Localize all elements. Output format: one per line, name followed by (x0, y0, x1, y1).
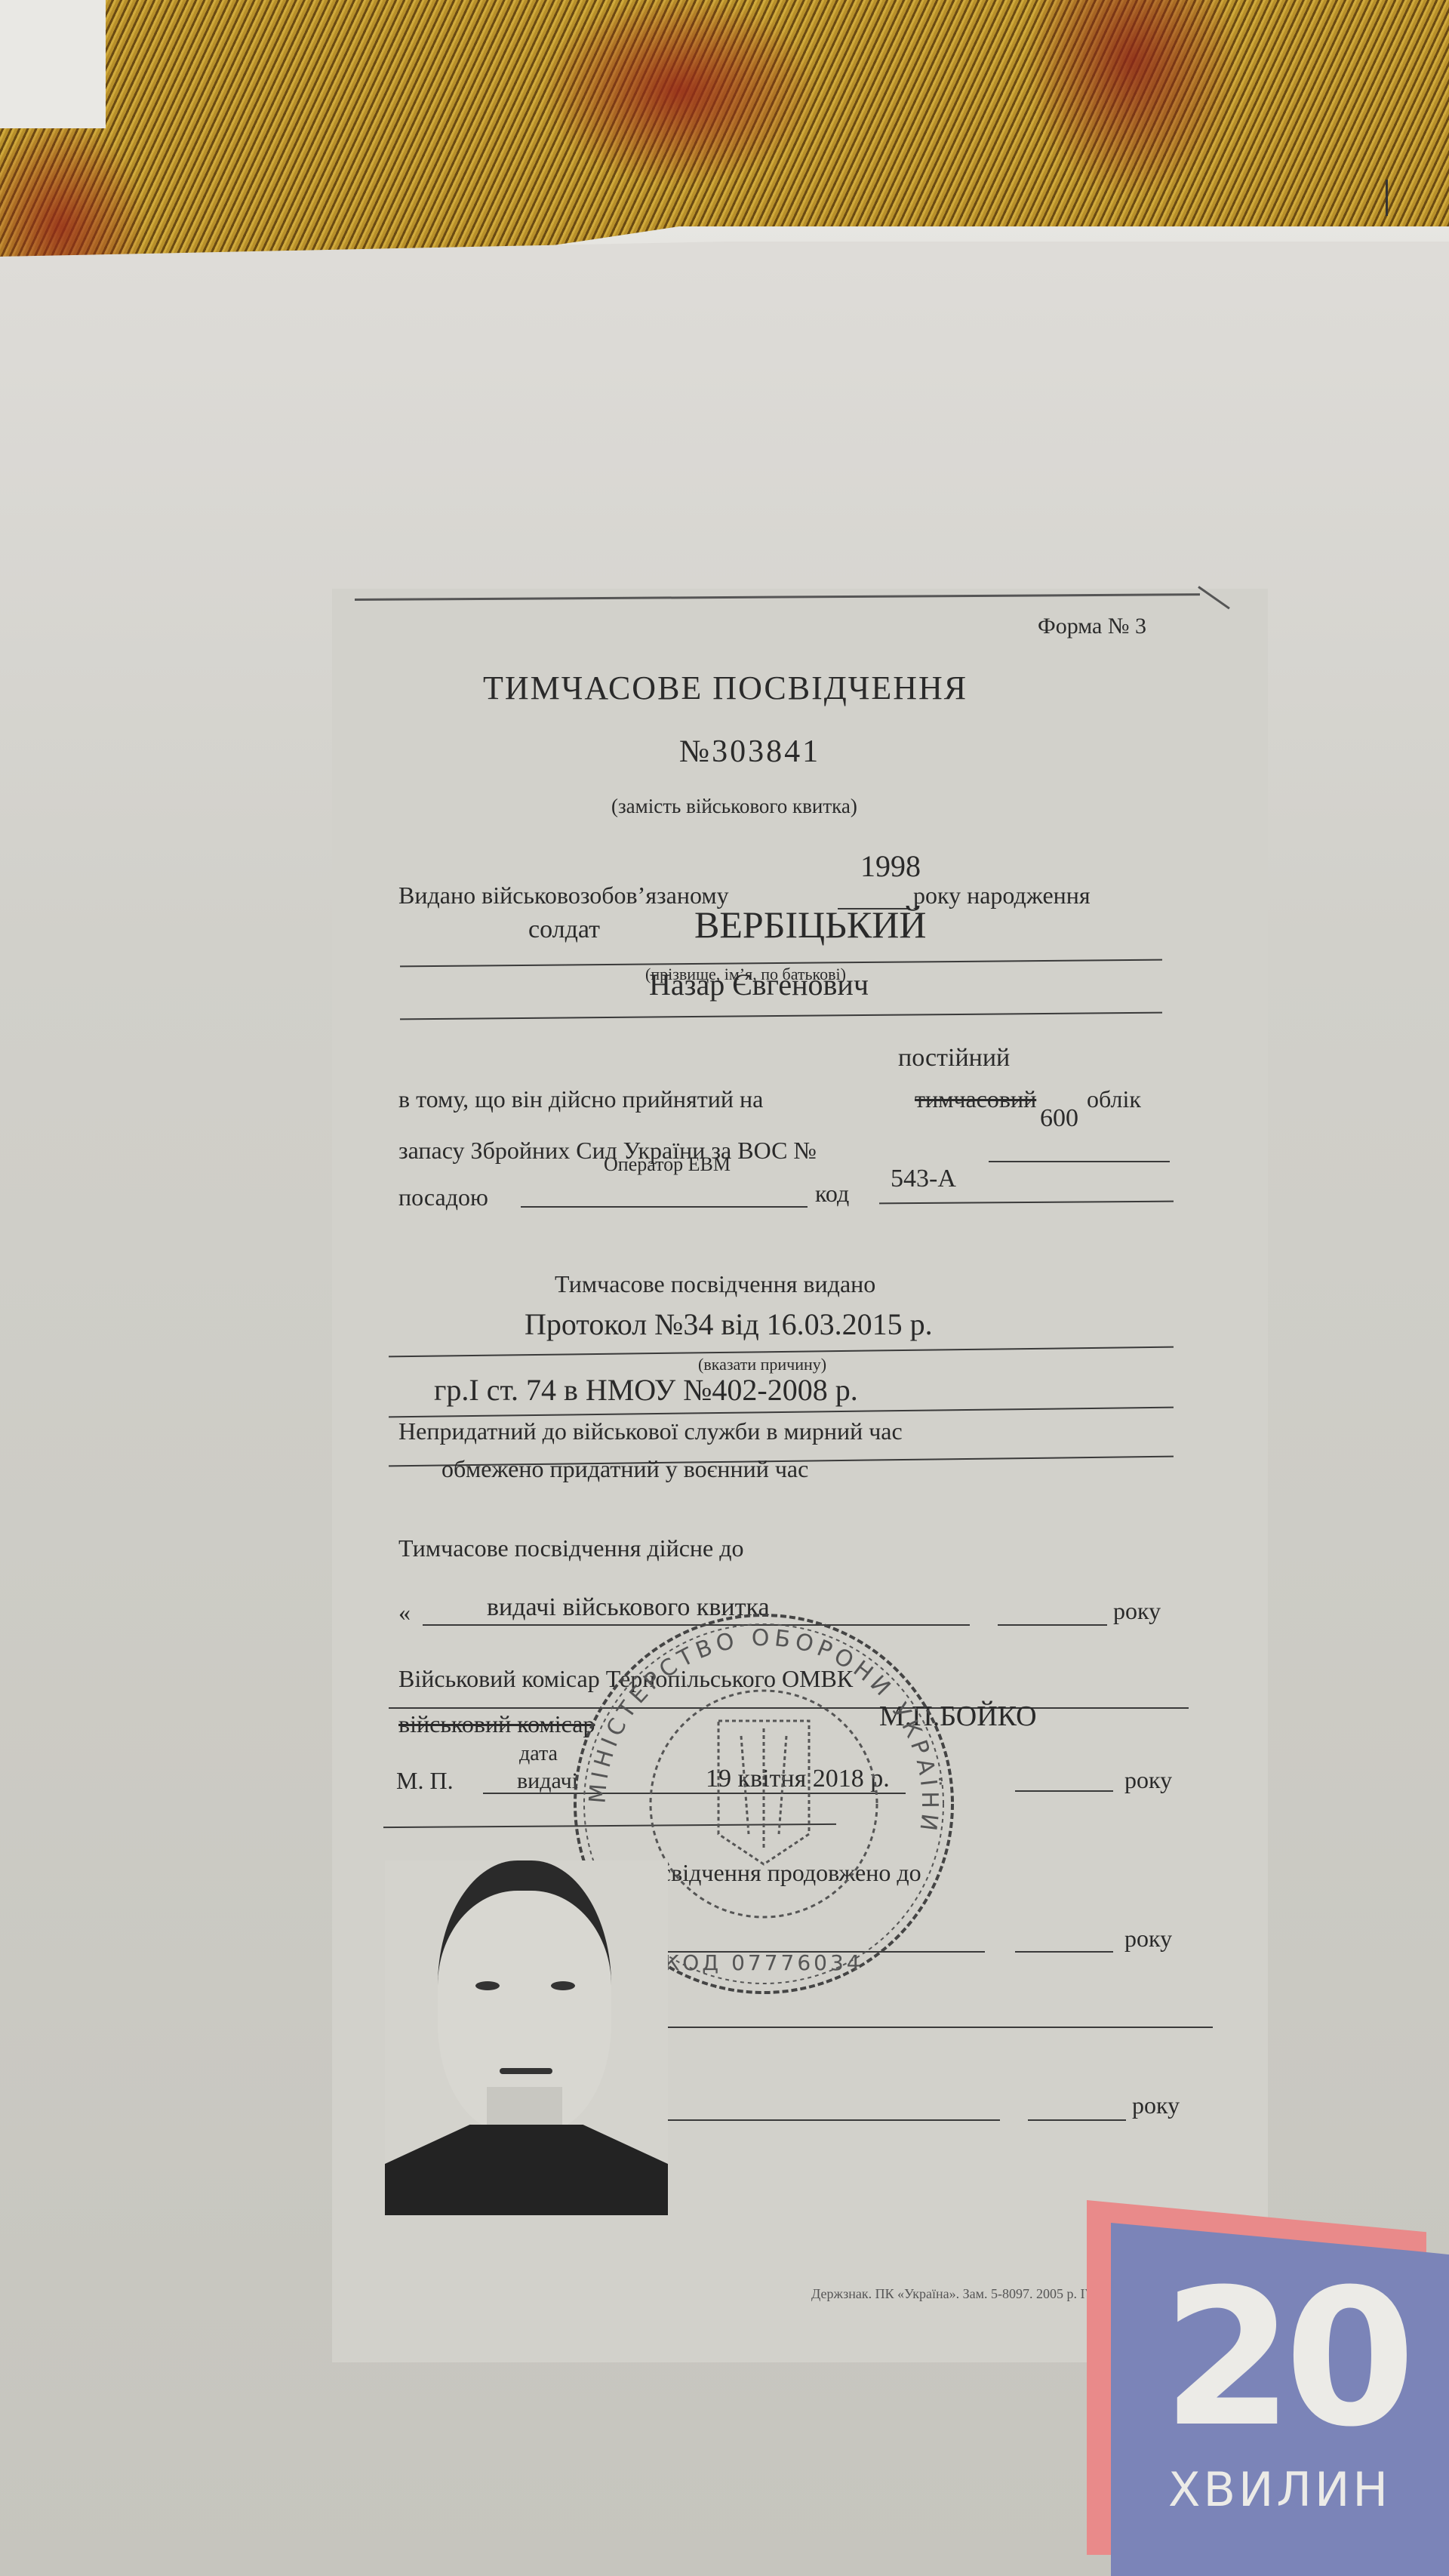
registration-suffix: облік (1087, 1087, 1141, 1111)
birth-year-suffix: року народження (913, 883, 1091, 907)
extend-year-word-2: року (1132, 2093, 1180, 2117)
given-names: Назар Євгенович (649, 970, 869, 1000)
form-number: Форма № 3 (1038, 615, 1146, 638)
document-number: №303841 (679, 736, 820, 768)
article: гр.I ст. 74 в НМОУ №402-2008 р. (434, 1375, 858, 1405)
code-label: код (815, 1181, 849, 1205)
valid-year-word: року (1113, 1599, 1161, 1623)
code: 543-А (891, 1166, 956, 1192)
extend-year-line-1 (1015, 1951, 1113, 1953)
pen-mark (1386, 180, 1388, 216)
valid-year-line (998, 1624, 1107, 1626)
document-title: ТИМЧАСОВЕ ПОСВІДЧЕННЯ (483, 672, 968, 705)
vos-line (989, 1161, 1170, 1162)
registration-type: постійний (898, 1045, 1010, 1071)
valid-until-label: Тимчасове посвідчення дійсне до (398, 1536, 744, 1560)
surname: ВЕРБІЦЬКИЙ (694, 906, 926, 943)
accepted-text: в тому, що він дійсно прийнятий на (398, 1087, 763, 1111)
printer-line: Держзнак. ПК «Україна». Зам. 5-8097. 200… (811, 2287, 1114, 2301)
fitness-peacetime: Непридатний до військової служби в мирни… (398, 1419, 903, 1443)
position-label: посадою (398, 1185, 488, 1209)
position-line (521, 1206, 808, 1208)
fitness-wartime: обмежено придатний у воєнний час (441, 1457, 808, 1481)
holder-photo (385, 1860, 668, 2215)
extend-line-3 (668, 2119, 1000, 2121)
protocol: Протокол №34 від 16.03.2015 р. (525, 1310, 933, 1340)
stamp-code: КОД 07776034 (664, 1950, 863, 1975)
extend-line-2 (666, 2027, 1213, 2028)
logo-word: ХВИЛИН (1168, 2467, 1391, 2513)
birth-year: 1998 (860, 851, 921, 882)
commissar-crossed: військовий комісар (398, 1712, 595, 1736)
extend-year-word-1: року (1124, 1926, 1172, 1950)
vos-number: 600 (1040, 1106, 1078, 1131)
logo-number: 20 (1162, 2264, 1407, 2453)
valid-until-quote: « (398, 1600, 411, 1624)
paper-corner (0, 0, 106, 128)
position: Оператор ЕВМ (604, 1155, 731, 1174)
document-subtitle: (замість військового квитка) (611, 796, 857, 817)
extend-year-line-2 (1028, 2119, 1126, 2121)
date-label: дата (519, 1743, 558, 1765)
issued-to-label: Видано військовозобов’язаному (398, 883, 729, 907)
reason-hint: (вказати причину) (698, 1356, 826, 1373)
issue-year-word: року (1124, 1768, 1172, 1792)
rank: солдат (528, 917, 600, 943)
stamp-place: М. П. (396, 1768, 454, 1793)
issued-heading: Тимчасове посвідчення видано (555, 1272, 875, 1296)
issue-year-line (1015, 1790, 1113, 1792)
registration-type-crossed: тимчасовий (915, 1087, 1036, 1111)
